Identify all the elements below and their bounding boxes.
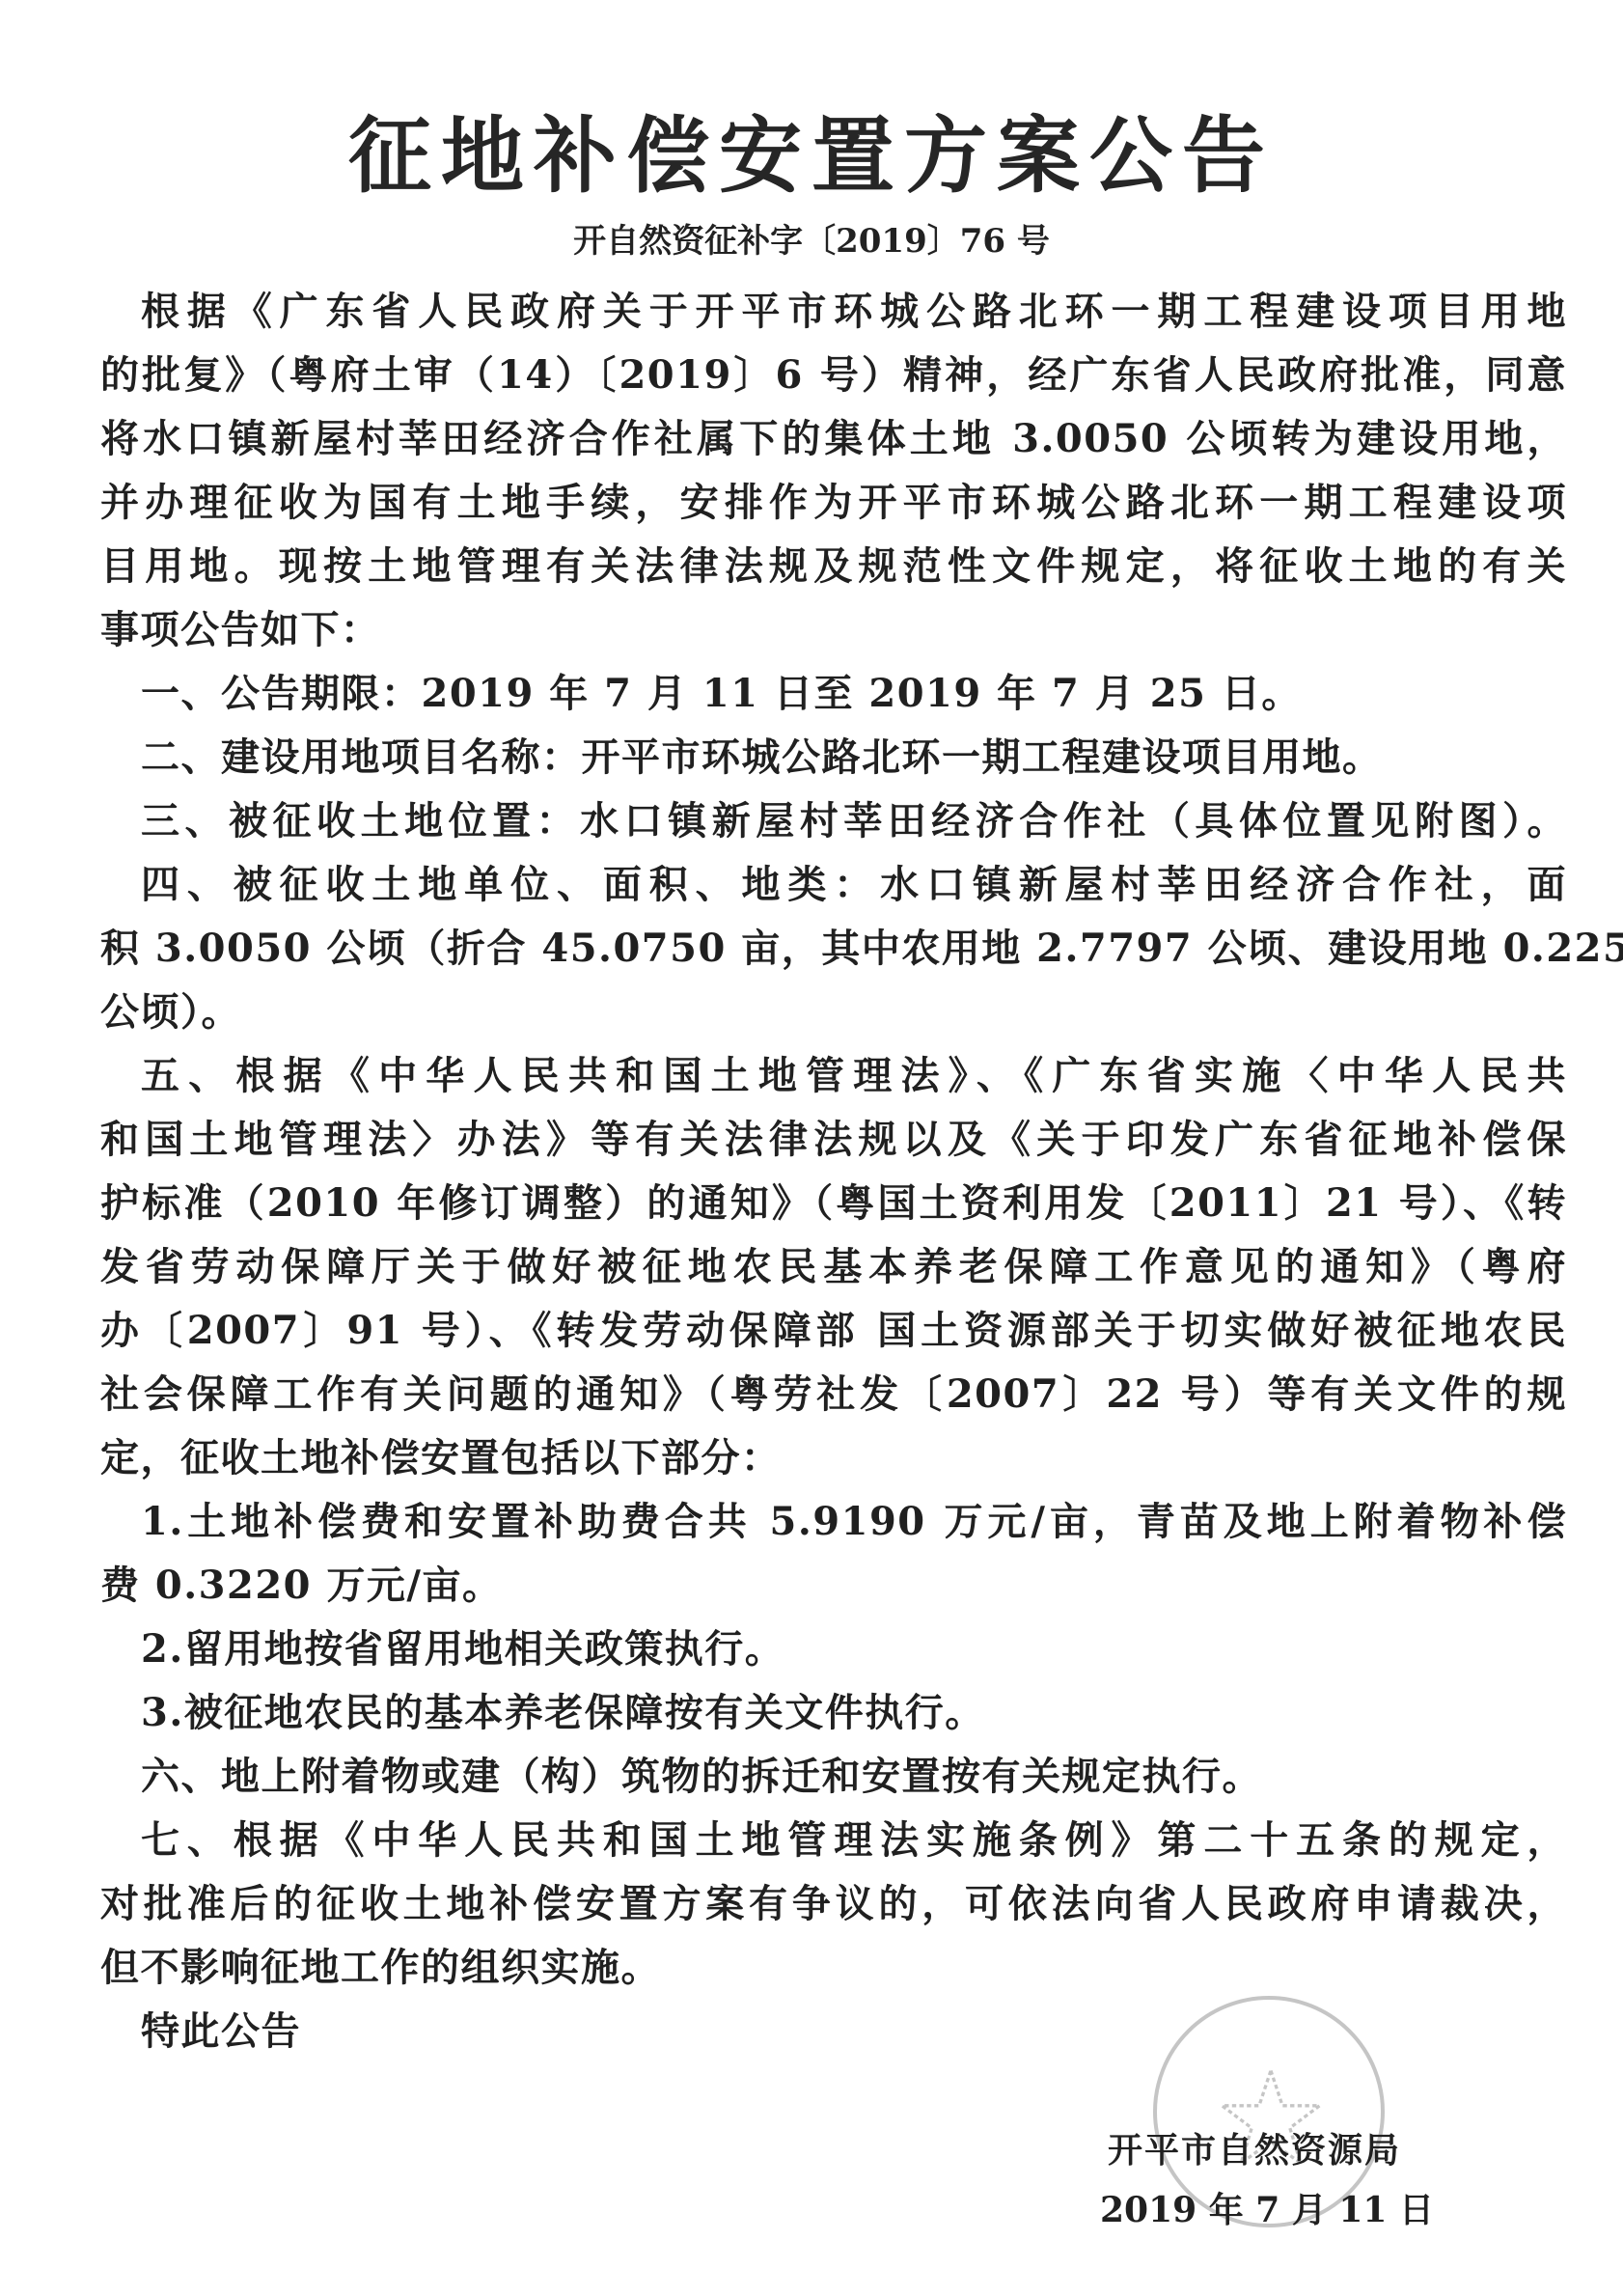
body-line: 公顷）。	[100, 981, 1567, 1044]
issue-date: 2019 年 7 月 11 日	[1100, 2183, 1409, 2232]
item-2-reserved-land: 2.留用地按省留用地相关政策执行。	[100, 1618, 1567, 1681]
body-line: 将水口镇新屋村莘田经济合作社属下的集体土地 3.0050 公顷转为建设用地，	[100, 407, 1567, 471]
body-line: 并办理征收为国有土地手续，安排作为开平市环城公路北环一期工程建设项	[100, 471, 1567, 535]
item-1-compensation-fees: 1.土地补偿费和安置补助费合共 5.9190 万元/亩，青苗及地上附着物补偿	[100, 1490, 1567, 1554]
document-number: 开自然资征补字〔2019〕76 号	[0, 214, 1623, 262]
body-line: 但不影响征地工作的组织实施。	[100, 1936, 1567, 2000]
document-page: 征地补偿安置方案公告 开自然资征补字〔2019〕76 号 根据《广东省人民政府关…	[0, 0, 1623, 2296]
section-3-land-location: 三、被征收土地位置：水口镇新屋村莘田经济合作社（具体位置见附图）。	[100, 789, 1567, 853]
body-line: 办〔2007〕91 号）、《转发劳动保障部 国土资源部关于切实做好被征地农民	[100, 1299, 1567, 1363]
body-line: 费 0.3220 万元/亩。	[100, 1554, 1567, 1618]
issuing-organization: 开平市自然资源局	[1100, 2123, 1409, 2172]
body-line: 根据《广东省人民政府关于开平市环城公路北环一期工程建设项目用地	[100, 280, 1567, 344]
body-line: 护标准（2010 年修订调整）的通知》（粤国土资利用发〔2011〕21 号）、《…	[100, 1172, 1567, 1235]
section-2-project-name: 二、建设用地项目名称：开平市环城公路北环一期工程建设项目用地。	[100, 726, 1567, 789]
body-line: 对批准后的征收土地补偿安置方案有争议的，可依法向省人民政府申请裁决，	[100, 1872, 1567, 1936]
section-4-land-unit-area: 四、被征收土地单位、面积、地类：水口镇新屋村莘田经济合作社，面	[100, 853, 1567, 917]
body-line: 和国土地管理法〉办法》等有关法律法规以及《关于印发广东省征地补偿保	[100, 1108, 1567, 1172]
section-5-legal-basis: 五、根据《中华人民共和国土地管理法》、《广东省实施〈中华人民共	[100, 1044, 1567, 1108]
document-title: 征地补偿安置方案公告	[0, 89, 1623, 208]
section-1-notice-period: 一、公告期限：2019 年 7 月 11 日至 2019 年 7 月 25 日。	[100, 662, 1567, 726]
body-line: 发省劳动保障厅关于做好被征地农民基本养老保障工作意见的通知》（粤府	[100, 1235, 1567, 1299]
section-7-dispute-resolution: 七、根据《中华人民共和国土地管理法实施条例》第二十五条的规定，	[100, 1809, 1567, 1872]
document-body: 根据《广东省人民政府关于开平市环城公路北环一期工程建设项目用地 的批复》（粤府土…	[100, 280, 1567, 2063]
body-line: 目用地。现按土地管理有关法律法规及规范性文件规定，将征收土地的有关	[100, 535, 1567, 598]
section-6-demolition: 六、地上附着物或建（构）筑物的拆迁和安置按有关规定执行。	[100, 1745, 1567, 1809]
item-3-pension-security: 3.被征地农民的基本养老保障按有关文件执行。	[100, 1681, 1567, 1745]
body-line: 定，征收土地补偿安置包括以下部分：	[100, 1426, 1567, 1490]
body-line: 积 3.0050 公顷（折合 45.0750 亩，其中农用地 2.7797 公顷…	[100, 917, 1567, 981]
body-line: 事项公告如下：	[100, 598, 1567, 662]
body-line: 的批复》（粤府土审（14）〔2019〕6 号）精神，经广东省人民政府批准，同意	[100, 344, 1567, 407]
body-line: 社会保障工作有关问题的通知》（粤劳社发〔2007〕22 号）等有关文件的规	[100, 1363, 1567, 1426]
